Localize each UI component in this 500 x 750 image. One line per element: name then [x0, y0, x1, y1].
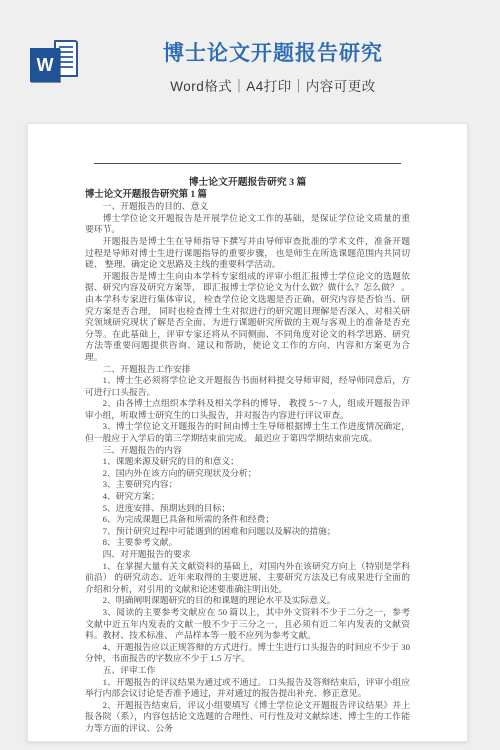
doc-paragraph: 1、开题报告的评议结果为通过或不通过。 口头报告及答辩结束后，评审小组应举行内部… — [85, 677, 410, 700]
doc-paragraph: 4、开题报告应以正规答辩的方式进行。博士生进行口头报告的时间应不少于 30 分钟… — [85, 642, 410, 665]
doc-paragraph: 3、阅读的主要参考文献应在 50 篇以上，其中外文资料不少于二分之一，参考文献中… — [85, 607, 410, 642]
document-body: 博士论文开题报告研究第 1 篇一、开题报告的目的、意义博士学位论文开题报告是开展… — [85, 190, 410, 735]
doc-paragraph: 三、开题报告的内容 — [85, 445, 410, 457]
doc-paragraph: 3、博士学位论文开题报告的时间由博士生导师根据博士生工作进度情况确定， 但一般应… — [85, 421, 410, 444]
doc-paragraph: 二、开题报告工作安排 — [85, 364, 410, 376]
doc-paragraph: 4、研究方案； — [85, 491, 410, 503]
doc-paragraph: 1、博士生必须将学位论文开题报告书面材料提交导师审阅，经导师同意后，方可进行口头… — [85, 375, 410, 398]
doc-paragraph: 一、开题报告的目的、意义 — [85, 201, 410, 213]
header-text: 博士论文开题报告研究 Word格式｜A4打印｜内容可更改 — [46, 42, 500, 95]
doc-paragraph: 2、国内外在该方向的研究现状及分析； — [85, 468, 410, 480]
doc-paragraph: 7、预计研究过程中可能遇到的困难和问题以及解决的措施； — [85, 526, 410, 538]
header: W 博士论文开题报告研究 Word格式｜A4打印｜内容可更改 — [0, 0, 500, 123]
doc-paragraph: 8、主要参考文献。 — [85, 537, 410, 549]
doc-paragraph: 5、进度安排、预期达到的目标； — [85, 503, 410, 515]
doc-paragraph: 1、课题来源及研究的目的和意义； — [85, 456, 410, 468]
doc-paragraph: 6、为完成课题已具备和所需的条件和经费； — [85, 514, 410, 526]
document-title: 博士论文开题报告研究 3 篇 — [85, 177, 410, 189]
doc-paragraph: 1、在掌握大量有关文献资料的基础上，对国内外在该研究方向上（特别是学科前沿） 的… — [85, 561, 410, 596]
doc-paragraph: 博士学位论文开题报告是开展学位论文工作的基础，是保证学位论文质量的重要环节。 — [85, 213, 410, 236]
page-subtitle: Word格式｜A4打印｜内容可更改 — [46, 75, 500, 95]
document-page-preview: 博士论文开题报告研究 3 篇 博士论文开题报告研究第 1 篇一、开题报告的目的、… — [27, 123, 468, 742]
document-content: 博士论文开题报告研究 3 篇 博士论文开题报告研究第 1 篇一、开题报告的目的、… — [85, 177, 410, 735]
doc-paragraph: 五、评审工作 — [85, 665, 410, 677]
doc-paragraph: 开题报告是博士生向由本学科专家组成的评审小组汇报博士学位论文的选题依据、研究内容… — [85, 271, 410, 364]
doc-paragraph: 四、对开题报告的要求 — [85, 549, 410, 561]
doc-heading: 博士论文开题报告研究第 1 篇 — [85, 190, 410, 202]
document-divider — [94, 163, 401, 164]
page-title: 博士论文开题报告研究 — [46, 42, 500, 66]
doc-paragraph: 开题报告是博士生在导师指导下撰写并由导师审查批准的学术文件，准备开题过程是导师对… — [85, 236, 410, 271]
doc-paragraph: 3、主要研究内容； — [85, 479, 410, 491]
template-preview-page: { "header": { "icon_letter": "W", "title… — [0, 0, 500, 750]
doc-paragraph: 2、明确阐明课题研究的目的和课题的理论水平及实际意义。 — [85, 595, 410, 607]
doc-paragraph: 2、由各博士点组织本学科及相关学科的博导、 教授 5～7 人，组成开题报告评审小… — [85, 398, 410, 421]
doc-paragraph: 2、开题报告结束后，评议小组要填写《博士学位论文开题报告评议结果》并上报各院（系… — [85, 700, 410, 735]
